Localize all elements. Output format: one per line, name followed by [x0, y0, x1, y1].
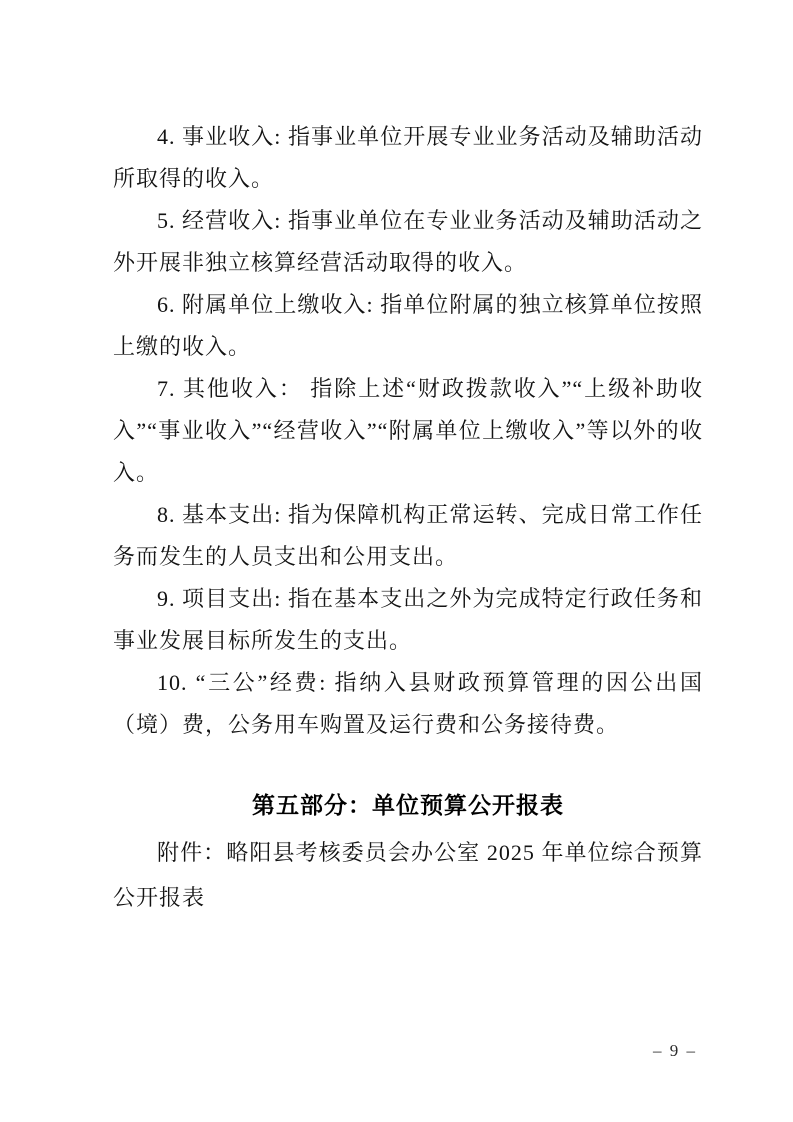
body-paragraph-8-jiben-zhichu: 8. 基本支出: 指为保障机构正常运转、完成日常工作任务而发生的人员支出和公用支…: [113, 494, 703, 578]
body-paragraph-6-fushudanwei-shangjiao-shouru: 6. 附属单位上缴收入: 指单位附属的独立核算单位按照上缴的收入。: [113, 284, 703, 368]
attachment-line: 附件：略阳县考核委员会办公室 2025 年单位综合预算公开报表: [113, 830, 703, 920]
body-paragraph-10-sangong-jingfei: 10. “三公”经费: 指纳入县财政预算管理的因公出国（境）费，公务用车购置及运…: [113, 662, 703, 746]
page-body-text: 4. 事业收入: 指事业单位开展专业业务活动及辅助活动所取得的收入。 5. 经营…: [113, 116, 703, 920]
page-number: – 9 –: [653, 1040, 697, 1062]
body-paragraph-5-jingying-shouru: 5. 经营收入: 指事业单位在专业业务活动及辅助活动之外开展非独立核算经营活动取…: [113, 200, 703, 284]
document-page: 4. 事业收入: 指事业单位开展专业业务活动及辅助活动所取得的收入。 5. 经营…: [0, 0, 793, 1122]
body-paragraph-9-xiangmu-zhichu: 9. 项目支出: 指在基本支出之外为完成特定行政任务和事业发展目标所发生的支出。: [113, 578, 703, 662]
body-paragraph-7-qita-shouru: 7. 其他收入： 指除上述“财政拨款收入”“上级补助收入”“事业收入”“经营收入…: [113, 368, 703, 494]
section-heading: 第五部分：单位预算公开报表: [113, 784, 703, 826]
body-paragraph-4-shiye-shouru: 4. 事业收入: 指事业单位开展专业业务活动及辅助活动所取得的收入。: [113, 116, 703, 200]
